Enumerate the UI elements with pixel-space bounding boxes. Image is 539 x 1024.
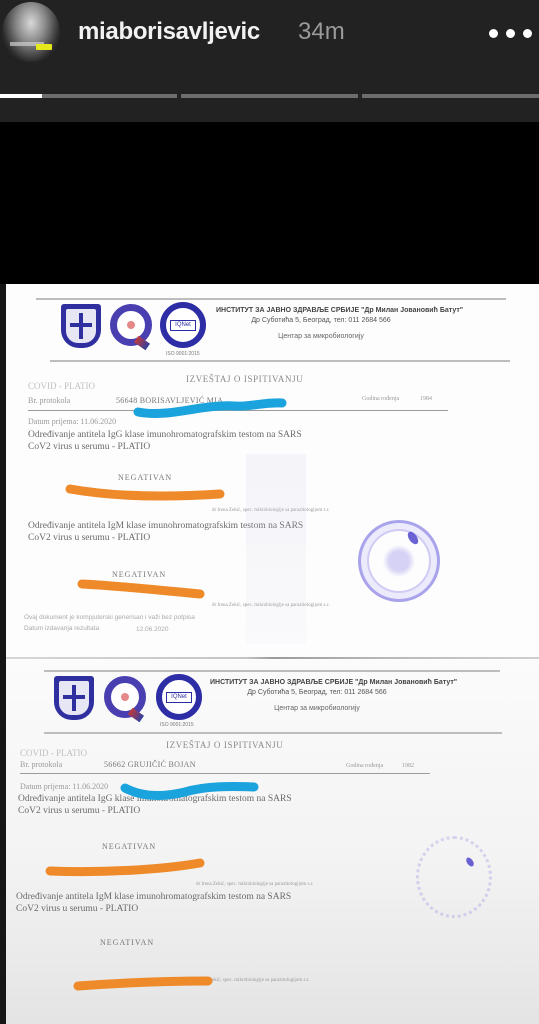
- story-progress: [0, 94, 539, 98]
- orange-marker-stroke: [82, 584, 200, 594]
- avatar[interactable]: [2, 2, 60, 62]
- progress-segment: [362, 94, 539, 98]
- orange-marker-stroke: [50, 863, 200, 872]
- progress-segment: [181, 94, 358, 98]
- story-photo[interactable]: IQNet ISO 9001:2015 ИНСТИТУТ ЗА ЈАВНО ЗД…: [0, 284, 539, 1024]
- orange-marker-stroke: [78, 981, 208, 986]
- more-horizontal-icon: [489, 29, 498, 38]
- blue-marker-stroke: [138, 403, 282, 414]
- story-header: miaborisavljevic 34m: [0, 0, 539, 122]
- avatar-badge: [36, 44, 52, 50]
- more-horizontal-icon: [506, 29, 515, 38]
- time-ago: 34m: [298, 18, 345, 46]
- progress-segment: [0, 94, 177, 98]
- more-horizontal-icon: [523, 29, 532, 38]
- more-options-button[interactable]: [470, 20, 536, 46]
- marker-annotations: [0, 284, 539, 1024]
- username[interactable]: miaborisavljevic: [78, 18, 260, 46]
- orange-marker-stroke: [70, 489, 220, 496]
- blue-marker-stroke: [125, 787, 254, 796]
